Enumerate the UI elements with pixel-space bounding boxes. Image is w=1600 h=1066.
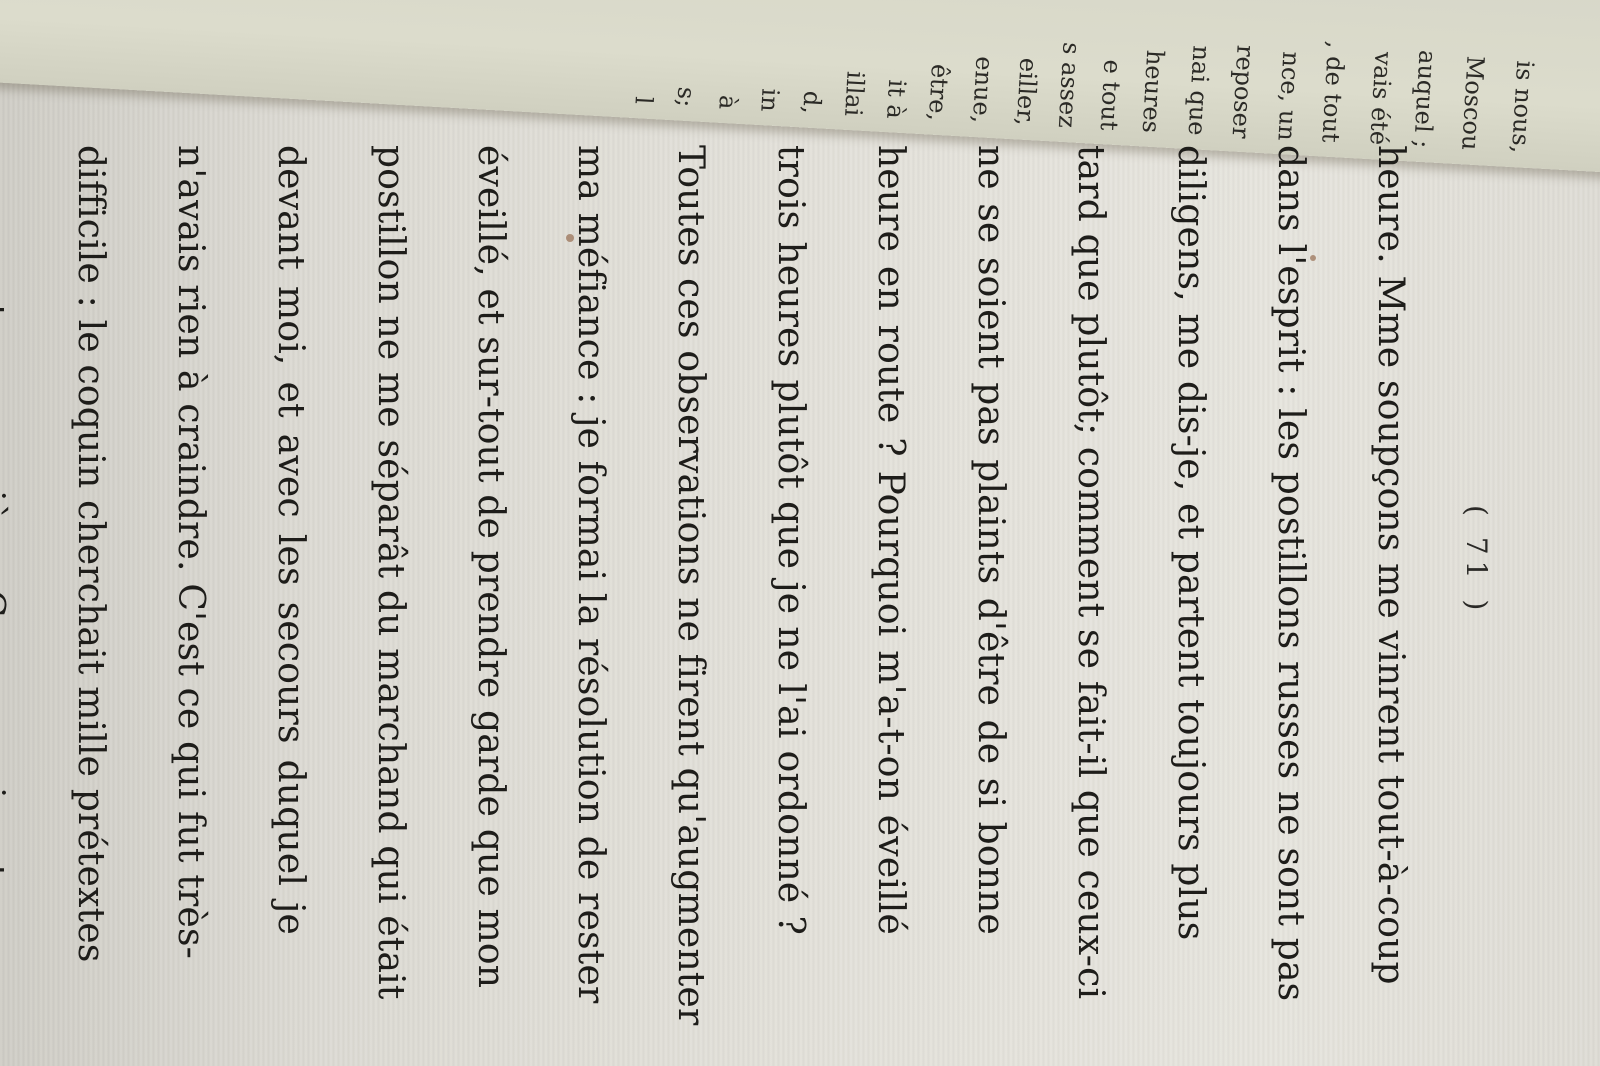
text-line: ne se soient pas plaints d'être de si bo… <box>940 145 1040 935</box>
facing-fragment: s; <box>671 86 700 108</box>
text-line: diligens, me dis-je, et partent toujours… <box>1140 145 1240 935</box>
text-line: ma méfiance : je formai la résolution de… <box>540 145 640 935</box>
facing-fragment: reposer <box>1227 44 1260 139</box>
text-line: éveillé, et sur-tout de prendre garde qu… <box>440 145 540 935</box>
page-number: ( 71 ) <box>1460 505 1493 616</box>
facing-fragment: être, <box>923 63 954 122</box>
facing-fragment: à <box>713 94 742 110</box>
facing-fragment: eiller, <box>1011 57 1043 126</box>
text-line: Toutes ces observations ne firent qu'aug… <box>640 145 740 935</box>
text-line: postillon ne me séparât du marchand qui … <box>340 145 440 935</box>
facing-fragment: , de tout <box>1316 41 1350 144</box>
page-body-text: heure. Mme soupçons me vinrent tout-à-co… <box>120 145 1440 925</box>
text-line: tard que plutôt; comment se fait-il que … <box>1040 145 1140 935</box>
facing-fragment: heures <box>1137 49 1170 134</box>
facing-fragment: l <box>629 96 657 105</box>
text-line: dans l'esprit : les postillons russes ne… <box>1240 145 1340 935</box>
facing-fragment: is nous, <box>1506 60 1539 154</box>
facing-fragment: in <box>755 88 784 113</box>
facing-fragment: vais été <box>1364 51 1397 146</box>
text-line: n'avais rien à craindre. C'est ce qui fu… <box>140 145 240 935</box>
text-line: trois heures plutôt que je ne l'ai ordon… <box>740 145 840 935</box>
text-line: devant moi, et avec les secours duquel j… <box>240 145 340 935</box>
book-page: heure. Mme soupçons me vinrent tout-à-co… <box>120 145 1440 925</box>
text-line: heure en route ? Pourquoi m'a-t-on éveil… <box>840 145 940 935</box>
facing-fragment: enue, <box>967 56 999 124</box>
facing-fragment: d, <box>797 90 826 115</box>
text-line: pour rester en arrière. Carpov, suivant … <box>0 145 40 935</box>
foxing-spot <box>1310 255 1316 261</box>
facing-fragment: auquel ; <box>1408 49 1441 149</box>
facing-fragment: illai <box>839 71 869 118</box>
foxing-spot <box>566 234 574 242</box>
facing-fragment: Moscou <box>1456 55 1489 151</box>
facing-fragment: nce, un <box>1272 51 1305 142</box>
facing-fragment: s assez <box>1053 42 1086 129</box>
facing-fragment: it à <box>881 79 911 120</box>
facing-fragment: nai que <box>1183 45 1216 137</box>
text-line: difficile : le coquin cherchait mille pr… <box>40 145 140 935</box>
text-line: heure. Mme soupçons me vinrent tout-à-co… <box>1340 145 1440 935</box>
facing-fragment: e tout <box>1095 59 1127 131</box>
